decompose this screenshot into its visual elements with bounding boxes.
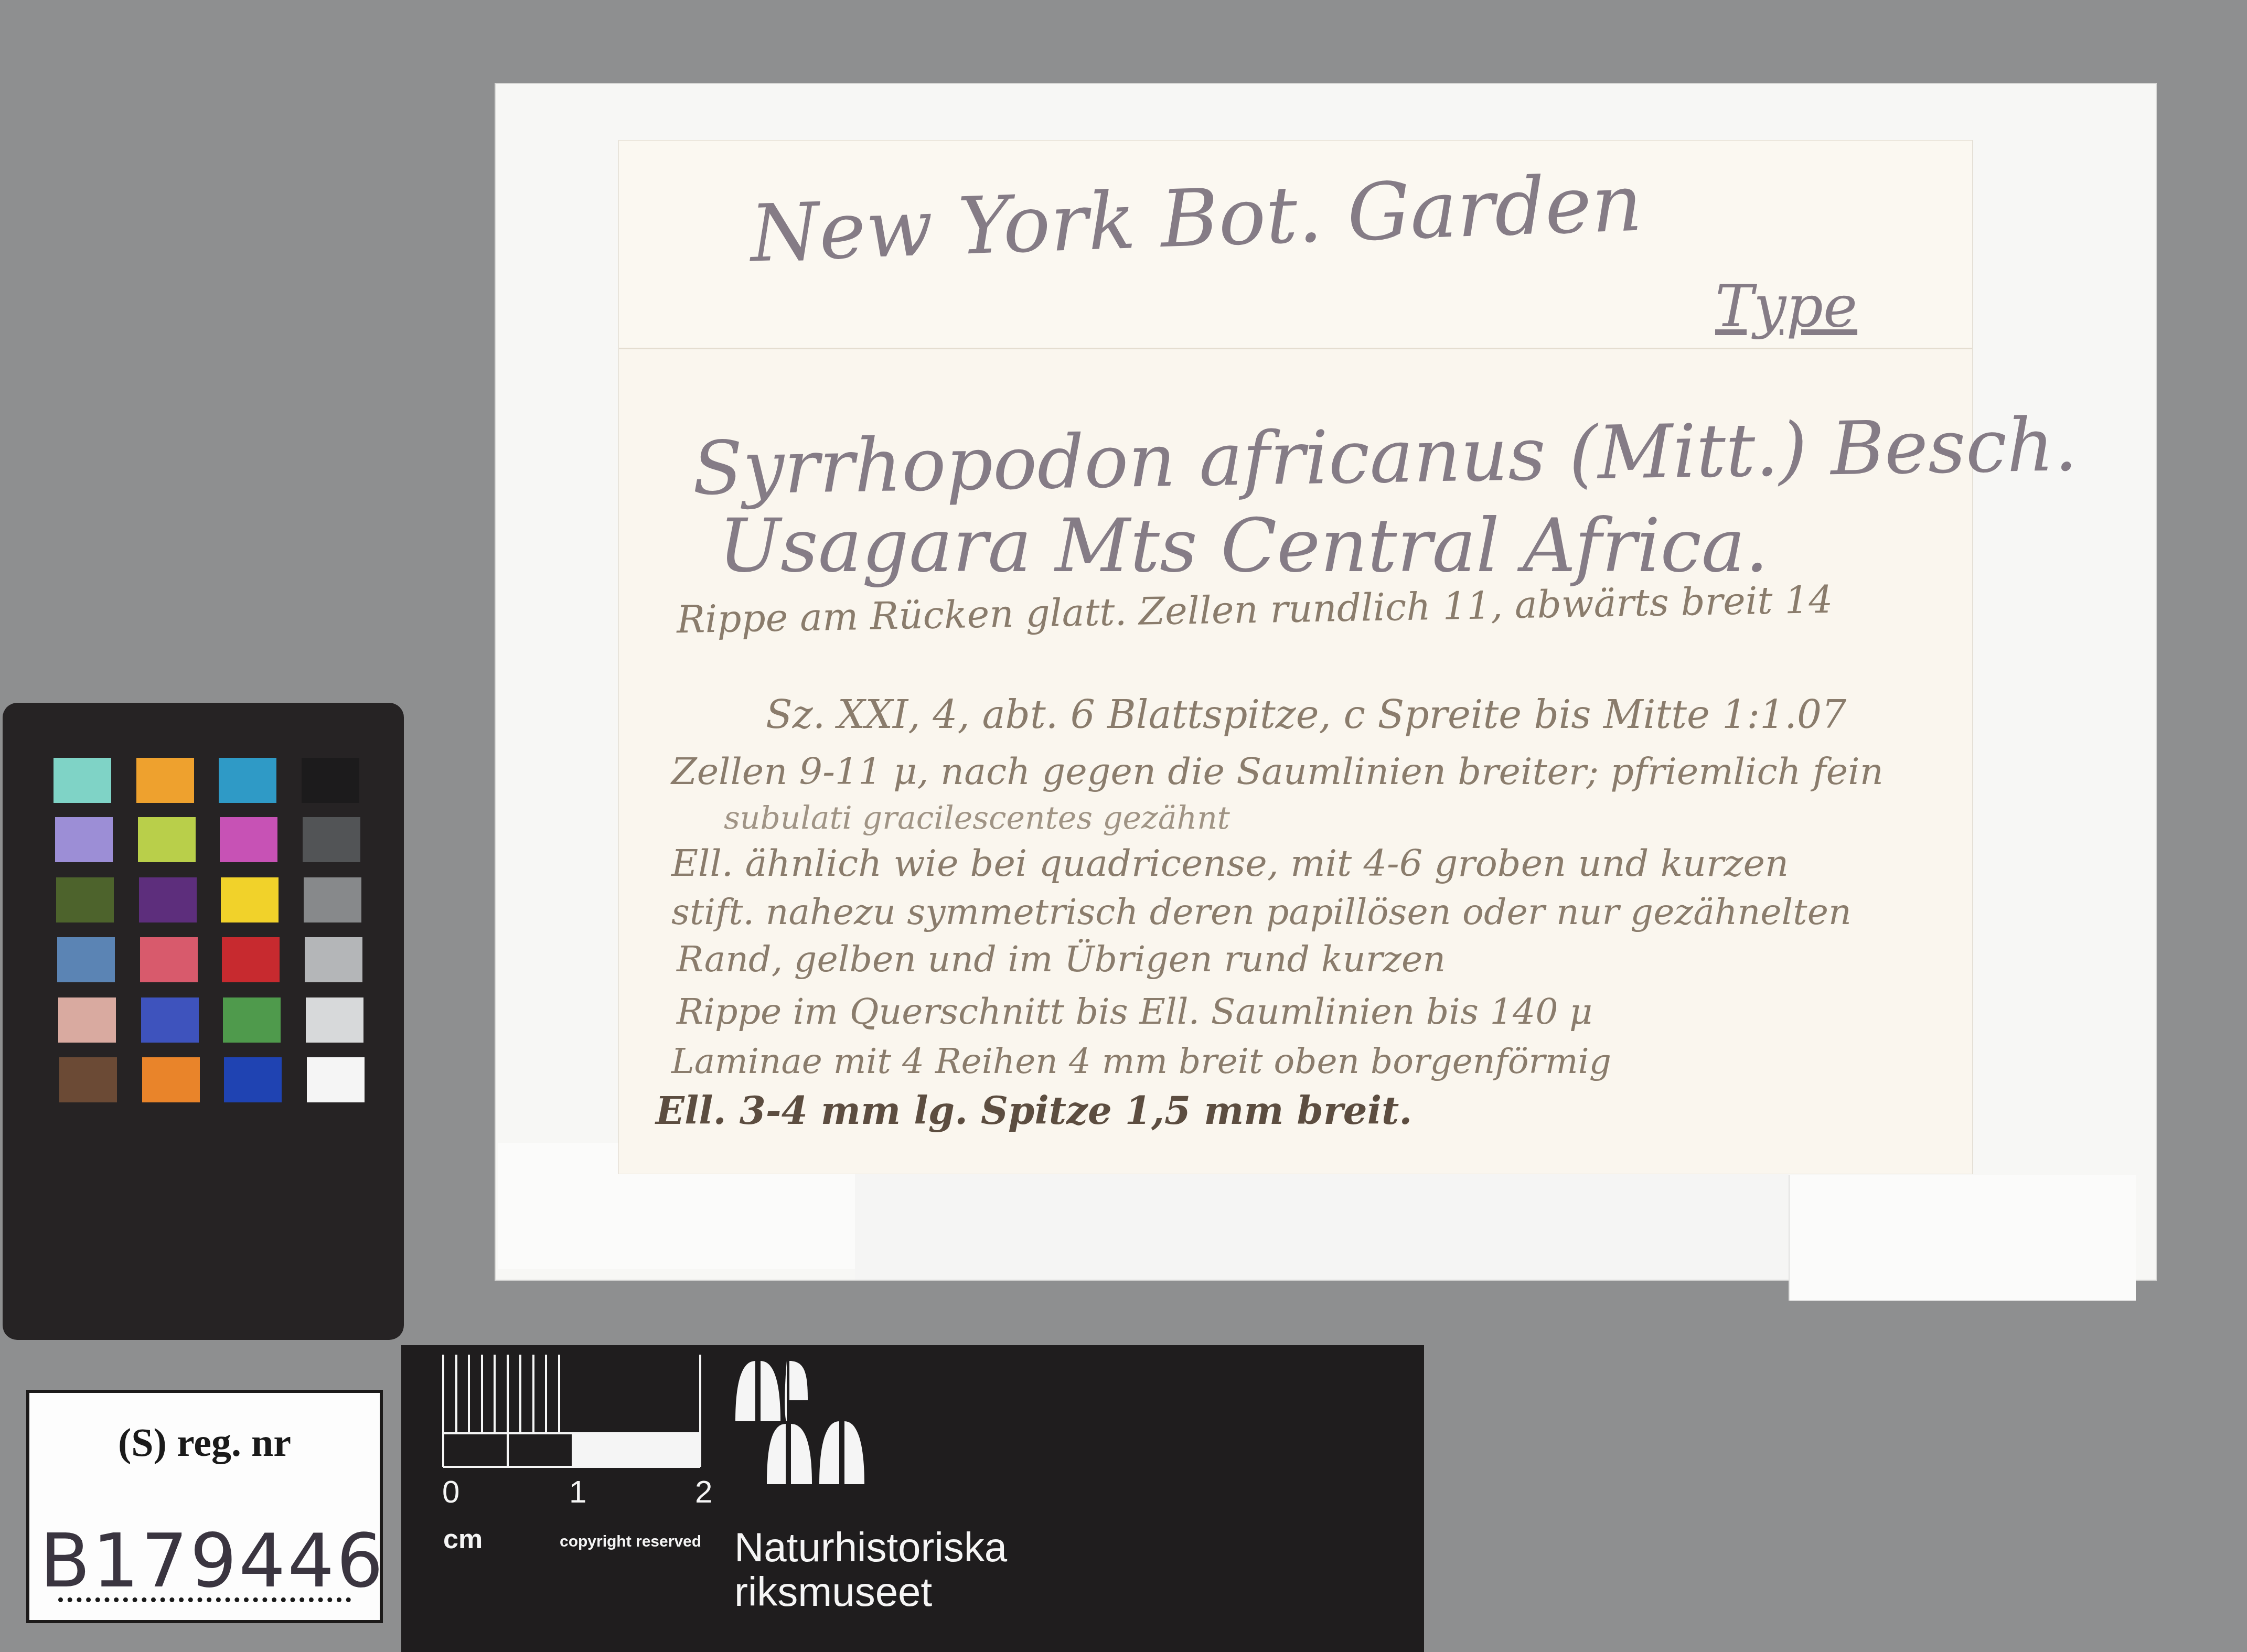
color-patch [53, 758, 111, 803]
note-line: Rand, gelben und im Übrigen rund kurzen [677, 939, 1446, 980]
color-patch [136, 758, 194, 803]
color-patch [142, 1057, 200, 1102]
note-line: Ell. ähnlich wie bei quadricense, mit 4-… [671, 842, 1789, 885]
color-patch [140, 937, 198, 982]
color-patch [55, 817, 113, 862]
dotted-line [58, 1597, 351, 1602]
color-patch [306, 997, 363, 1043]
color-patch [305, 937, 362, 982]
nrm-logo-icon [734, 1358, 907, 1489]
color-patch [223, 997, 281, 1043]
centimeter-scale-bar-icon [442, 1355, 704, 1470]
color-patch [303, 817, 360, 862]
color-patch [221, 877, 279, 922]
color-patch [302, 758, 359, 803]
color-patch [138, 817, 196, 862]
color-patch [222, 937, 280, 982]
color-patch [57, 937, 115, 982]
copyright-notice: copyright reserved [560, 1533, 701, 1551]
color-patch [59, 1057, 117, 1102]
color-patch [56, 877, 114, 922]
note-line: Ell. 3-4 mm lg. Spitze 1,5 mm breit. [656, 1088, 1412, 1133]
scale-label-1: 1 [569, 1474, 586, 1510]
color-patch [224, 1057, 282, 1102]
institution-name-line2: riksmuseet [734, 1568, 932, 1616]
locality: Usagara Mts Central Africa. [719, 503, 1769, 589]
scale-unit: cm [443, 1524, 483, 1555]
note-line: stift. nahezu symmetrisch deren papillös… [671, 892, 1852, 933]
registration-label: (S) reg. nr B179446 [26, 1390, 383, 1623]
note-line: Sz. XXI, 4, abt. 6 Blattspitze, c Spreit… [766, 692, 1846, 737]
registration-number: B179446 [40, 1519, 385, 1604]
note-line: Rippe im Querschnitt bis Ell. Saumlinien… [677, 991, 1592, 1033]
scale-label-2: 2 [695, 1474, 712, 1510]
color-patch [304, 877, 361, 922]
scale-label-0: 0 [442, 1474, 459, 1510]
museum-scale-card: 0 1 2 cm copyright reserved Naturhistori… [401, 1345, 1424, 1652]
color-patch [307, 1057, 365, 1102]
color-patch [58, 997, 116, 1043]
type-mark: Type [1715, 273, 1857, 340]
note-line: Laminae mit 4 Reihen 4 mm breit oben bor… [671, 1041, 1611, 1081]
institution-name-line1: Naturhistoriska [734, 1524, 1007, 1571]
note-line: Zellen 9-11 μ, nach gegen die Saumlinien… [671, 750, 1884, 793]
note-line: subulati gracilescentes gezähnt [724, 800, 1230, 836]
color-calibration-chart [3, 703, 404, 1340]
color-patch [219, 758, 276, 803]
color-patch [139, 877, 197, 922]
envelope-flap-right [1789, 1175, 2136, 1301]
registration-title: (S) reg. nr [29, 1420, 380, 1466]
color-patch [141, 997, 199, 1043]
color-patch [220, 817, 277, 862]
